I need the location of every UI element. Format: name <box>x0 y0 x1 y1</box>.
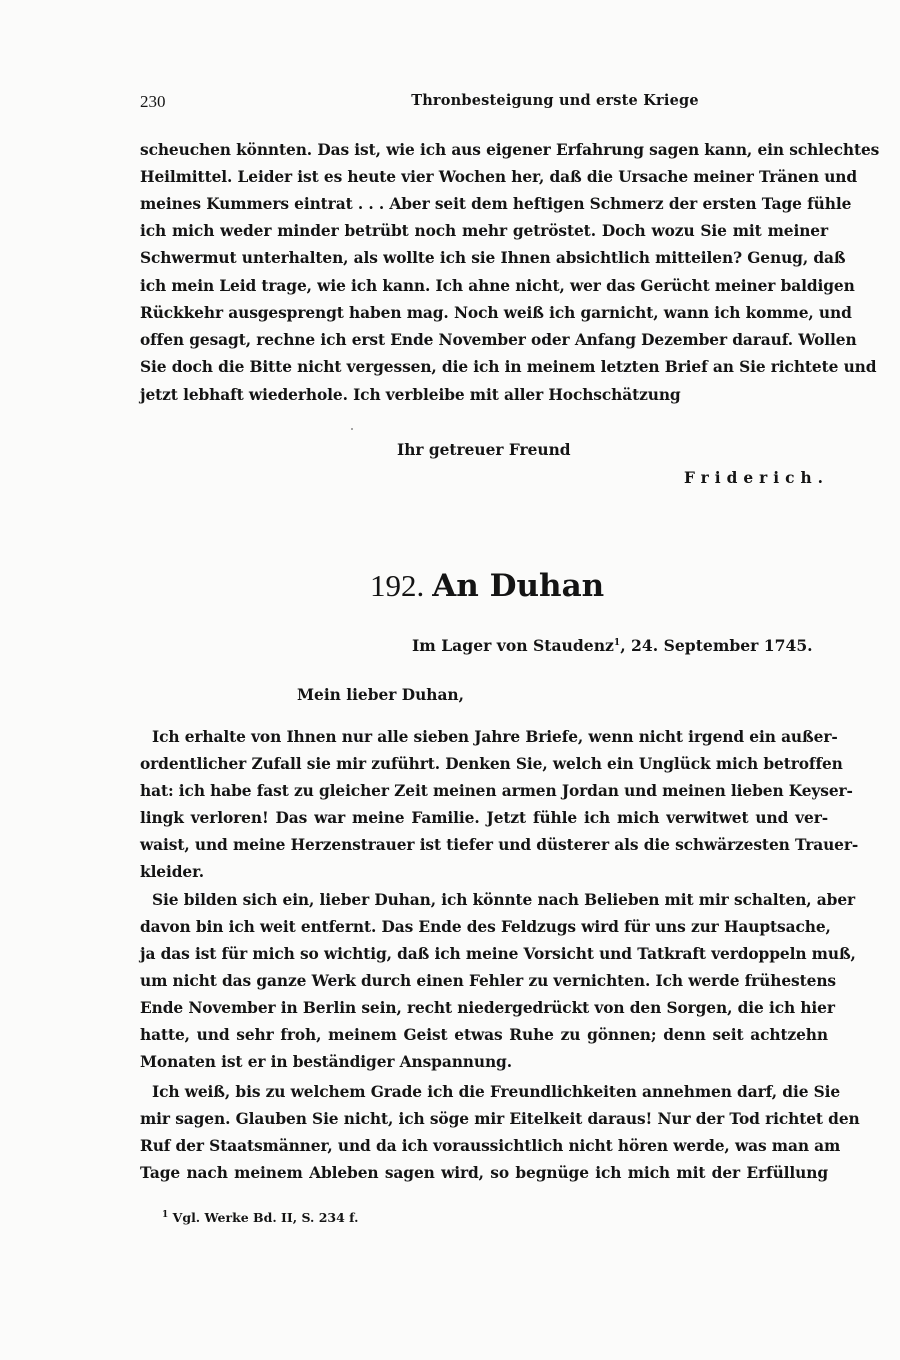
text-line: ich mich weder minder betrübt noch mehr … <box>140 221 828 241</box>
text-line: meines Kummers eintrat . . . Aber seit d… <box>140 194 828 214</box>
dateline: Im Lager von Staudenz1, 24. September 17… <box>412 636 810 655</box>
text-line: Rückkehr ausgesprengt haben mag. Noch we… <box>140 303 828 323</box>
text-line: ich mein Leid trage, wie ich kann. Ich a… <box>140 276 828 296</box>
footnote-text: Vgl. Werke Bd. II, S. 234 f. <box>173 1210 359 1225</box>
letter-heading: 192.An Duhan <box>370 568 630 604</box>
text-line: offen gesagt, rechne ich erst Ende Novem… <box>140 330 828 350</box>
text-line: Sie bilden sich ein, lieber Duhan, ich k… <box>152 890 828 910</box>
text-line: Ich weiß, bis zu welchem Grade ich die F… <box>152 1082 828 1102</box>
running-title: Thronbesteigung und erste Kriege <box>370 92 740 109</box>
dateline-place: Im Lager von Staudenz <box>412 636 614 655</box>
text-line: Monaten ist er in beständiger Anspannung… <box>140 1052 828 1072</box>
closing-formula: Ihr getreuer Freund <box>397 441 571 459</box>
signature: Friderich. <box>684 469 829 487</box>
text-line: waist, und meine Herzenstrauer ist tiefe… <box>140 835 828 855</box>
text-line: Ende November in Berlin sein, recht nied… <box>140 998 828 1018</box>
text-line: ordentlicher Zufall sie mir zuführt. Den… <box>140 754 828 774</box>
text-line: hat: ich habe fast zu gleicher Zeit mein… <box>140 781 828 801</box>
text-line: Tage nach meinem Ableben sagen wird, so … <box>140 1163 828 1183</box>
footnote-marker: 1 <box>162 1210 168 1220</box>
text-line: Heilmittel. Leider ist es heute vier Woc… <box>140 167 828 187</box>
running-head: 230 Thronbesteigung und erste Kriege <box>140 92 830 116</box>
text-line: Sie doch die Bitte nicht vergessen, die … <box>140 357 828 377</box>
text-line: jetzt lebhaft wiederhole. Ich verbleibe … <box>140 385 828 405</box>
footnote: 1 Vgl. Werke Bd. II, S. 234 f. <box>162 1210 358 1225</box>
page-number: 230 <box>140 92 166 112</box>
text-line: lingk verloren! Das war meine Familie. J… <box>140 808 828 828</box>
text-line: Ich erhalte von Ihnen nur alle sieben Ja… <box>152 727 828 747</box>
salutation: Mein lieber Duhan, <box>297 686 464 704</box>
dateline-date: , 24. September 1745. <box>620 636 812 655</box>
text-line: Ruf der Staatsmänner, und da ich vorauss… <box>140 1136 828 1156</box>
text-line: mir sagen. Glauben Sie nicht, ich söge m… <box>140 1109 828 1129</box>
print-speck <box>351 428 353 430</box>
letter-number: 192. <box>370 568 424 603</box>
text-line: kleider. <box>140 862 828 882</box>
text-line: Schwermut unterhalten, als wollte ich si… <box>140 248 828 268</box>
text-line: ja das ist für mich so wichtig, daß ich … <box>140 944 828 964</box>
letter-title: An Duhan <box>432 568 604 604</box>
text-line: hatte, und sehr froh, meinem Geist etwas… <box>140 1025 828 1045</box>
text-line: um nicht das ganze Werk durch einen Fehl… <box>140 971 828 991</box>
text-line: davon bin ich weit entfernt. Das Ende de… <box>140 917 828 937</box>
text-line: scheuchen könnten. Das ist, wie ich aus … <box>140 140 828 160</box>
